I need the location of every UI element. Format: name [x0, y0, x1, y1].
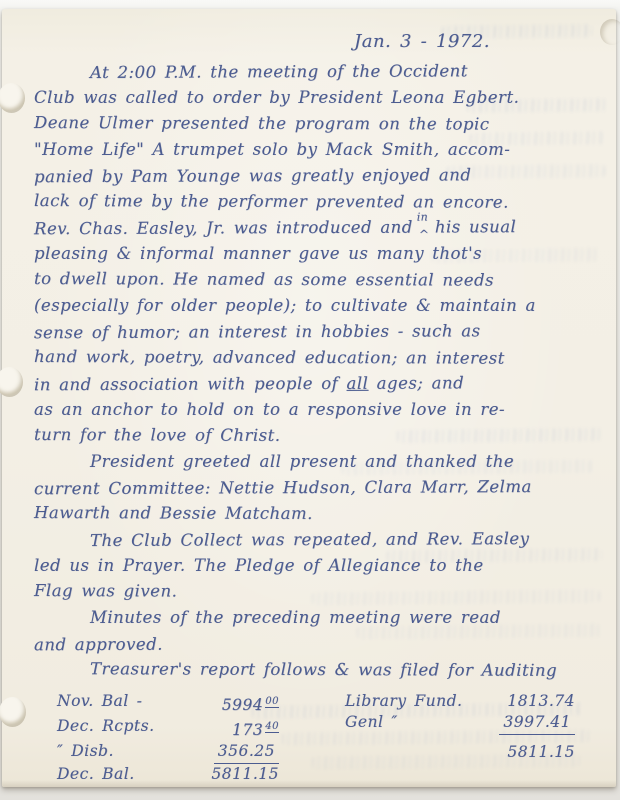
minutes-line: (especially for older people); to cultiv…	[34, 293, 600, 319]
minutes-line: Flag was given.	[34, 578, 600, 606]
fastener-mark	[600, 19, 620, 45]
minutes-line: sense of humor; an interest in hobbies -…	[34, 318, 600, 346]
minutes-line: lack of time by the performer prevented …	[34, 188, 600, 216]
minutes-line: led us in Prayer. The Pledge of Allegian…	[34, 553, 600, 579]
ledger-left-column: Nov. Bal - 599400 Dec. Rcpts. 17340 ″ Di…	[57, 691, 279, 785]
ledger-row: Genl ″ 3997.41	[345, 712, 575, 735]
line-text: ages; and	[368, 373, 464, 392]
minutes-line: panied by Pam Younge was greatly enjoyed…	[34, 162, 600, 190]
minutes-line: hand work, poetry, advanced education; a…	[34, 344, 600, 372]
ledger-amount: 1813.74	[507, 691, 575, 712]
insertion-mark: in^	[413, 216, 435, 233]
ledger-label: ″ Disb.	[57, 741, 114, 764]
cents-superscript: 40	[265, 721, 279, 733]
ledger-amount: 5811.15	[507, 742, 575, 763]
minutes-line-with-insertion: Rev. Chas. Easley, Jr. was introduced an…	[34, 214, 600, 242]
fastener-mark	[0, 83, 25, 113]
ledger-row: Dec. Rcpts. 17340	[57, 716, 279, 741]
minutes-line: Deane Ulmer presented the program on the…	[34, 110, 600, 138]
minutes-line: and approved.	[34, 630, 600, 658]
minutes-line: Treasurer's report follows & was filed f…	[34, 656, 600, 684]
ledger-amount: 599400	[222, 691, 279, 716]
minutes-line: Club was called to order by President Le…	[34, 85, 600, 111]
minutes-line: to dwell upon. He named as some essentia…	[34, 266, 600, 294]
fastener-mark	[0, 697, 26, 727]
minutes-line-with-underline: in and association with people of all ag…	[34, 370, 600, 398]
underlined-word: all	[346, 374, 368, 393]
ledger-total-row: 5811.15	[345, 742, 575, 763]
ledger-row: ″ Disb. 356.25	[57, 741, 279, 764]
paper-sheet: Jan. 3 - 1972. At 2:00 P.M. the meeting …	[2, 9, 616, 787]
paper-bottom-edge	[2, 780, 616, 787]
ledger-label: Nov. Bal -	[57, 691, 142, 716]
minutes-line: President greeted all present and thanke…	[34, 449, 600, 475]
line-text: in and association with people of	[34, 374, 347, 394]
caret-icon: ^	[419, 221, 430, 247]
ledger-label: Library Fund.	[345, 691, 463, 712]
minutes-line: Minutes of the preceding meeting were re…	[34, 605, 600, 631]
scanned-document: Jan. 3 - 1972. At 2:00 P.M. the meeting …	[0, 0, 620, 800]
minutes-line: Hawarth and Bessie Matcham.	[34, 500, 600, 528]
ledger-label: Dec. Rcpts.	[57, 716, 155, 741]
ledger-label: Genl ″	[345, 712, 398, 735]
minutes-line: turn for the love of Christ.	[34, 422, 600, 450]
cents-superscript: 00	[265, 696, 279, 708]
ledger-amount: 356.25	[214, 741, 279, 764]
minutes-line: as an anchor to hold on to a responsive …	[34, 397, 600, 423]
ledger-right-column: Library Fund. 1813.74 Genl ″ 3997.41 581…	[345, 691, 575, 763]
minutes-line: "Home Life" A trumpet solo by Mack Smith…	[34, 137, 600, 163]
line-text: Rev. Chas. Easley, Jr. was introduced an…	[34, 218, 413, 239]
minutes-line: At 2:00 P.M. the meeting of the Occident	[34, 58, 600, 86]
minutes-line: The Club Collect was repeated, and Rev. …	[34, 526, 600, 554]
minutes-line: current Committee: Nettie Hudson, Clara …	[34, 474, 600, 502]
ledger-amount: 3997.41	[499, 712, 575, 735]
ledger-row: Library Fund. 1813.74	[345, 691, 575, 712]
fastener-mark	[0, 367, 23, 397]
date-line: Jan. 3 - 1972.	[354, 31, 490, 52]
minutes-body: At 2:00 P.M. the meeting of the Occident…	[34, 59, 600, 683]
ledger-amount: 17340	[232, 716, 279, 741]
ledger-row: Nov. Bal - 599400	[57, 691, 279, 716]
line-text: his usual	[435, 217, 517, 236]
minutes-line: pleasing & informal manner gave us many …	[34, 241, 600, 267]
